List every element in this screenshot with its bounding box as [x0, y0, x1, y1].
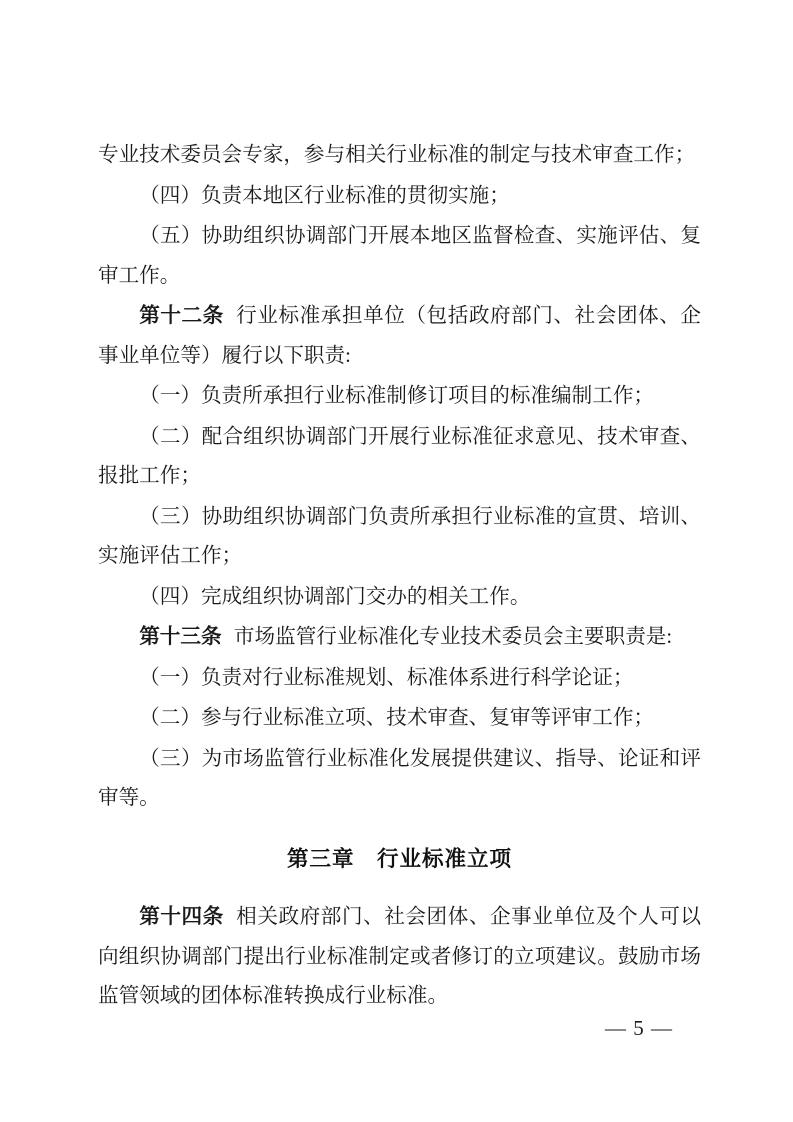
page-number: — 5 —	[605, 1016, 673, 1041]
paragraph-text: （五）协助组织协调部门开展本地区监督检查、实施评估、复审工作。	[98, 225, 701, 287]
article-lead: 第十四条	[139, 905, 224, 928]
paragraph-text: （二）配合组织协调部门开展行业标准征求意见、技术审查、报批工作；	[98, 426, 701, 488]
paragraph-text: 专业技术委员会专家，参与相关行业标准的制定与技术审查工作；	[98, 144, 695, 166]
paragraph: 第十二条行业标准承担单位（包括政府部门、社会团体、企事业单位等）履行以下职责:	[98, 296, 701, 376]
paragraph-text: （三）协助组织协调部门负责所承担行业标准的宣贯、培训、实施评估工作；	[98, 506, 701, 568]
paragraph-text: （一）负责所承担行业标准制修订项目的标准编制工作；	[139, 385, 654, 407]
paragraph: （二）参与行业标准立项、技术审查、复审等评审工作；	[98, 698, 701, 739]
paragraph: （四）完成组织协调部门交办的相关工作。	[98, 577, 701, 618]
chapter-heading: 第三章 行业标准立项	[98, 840, 701, 880]
paragraph-text: （四）负责本地区行业标准的贯彻实施；	[139, 185, 510, 207]
article-lead: 第十三条	[139, 625, 221, 648]
paragraph-text: （四）完成组织协调部门交办的相关工作。	[139, 586, 530, 608]
paragraph-text: （二）参与行业标准立项、技术审查、复审等评审工作；	[139, 707, 654, 729]
paragraph-text: （一）负责对行业标准规划、标准体系进行科学论证；	[139, 667, 633, 689]
document-page: 专业技术委员会专家，参与相关行业标准的制定与技术审查工作； （四）负责本地区行业…	[0, 0, 793, 1122]
paragraph: 专业技术委员会专家，参与相关行业标准的制定与技术审查工作；	[98, 135, 701, 176]
paragraph-text: 市场监管行业标准化专业技术委员会主要职责是:	[234, 626, 672, 648]
article-lead: 第十二条	[139, 304, 224, 327]
paragraph: （三）协助组织协调部门负责所承担行业标准的宣贯、培训、实施评估工作；	[98, 497, 701, 577]
paragraph: 第十三条市场监管行业标准化专业技术委员会主要职责是:	[98, 617, 701, 658]
paragraph: （二）配合组织协调部门开展行业标准征求意见、技术审查、报批工作；	[98, 417, 701, 497]
paragraph: （一）负责所承担行业标准制修订项目的标准编制工作；	[98, 376, 701, 417]
paragraph-text: （三）为市场监管行业标准化发展提供建议、指导、论证和评审等。	[98, 748, 701, 810]
document-body: 专业技术委员会专家，参与相关行业标准的制定与技术审查工作； （四）负责本地区行业…	[98, 135, 701, 1017]
paragraph: 第十四条相关政府部门、社会团体、企事业单位及个人可以向组织协调部门提出行业标准制…	[98, 897, 701, 1017]
paragraph: （四）负责本地区行业标准的贯彻实施；	[98, 176, 701, 217]
paragraph: （一）负责对行业标准规划、标准体系进行科学论证；	[98, 658, 701, 699]
paragraph: （五）协助组织协调部门开展本地区监督检查、实施评估、复审工作。	[98, 216, 701, 296]
paragraph: （三）为市场监管行业标准化发展提供建议、指导、论证和评审等。	[98, 739, 701, 819]
